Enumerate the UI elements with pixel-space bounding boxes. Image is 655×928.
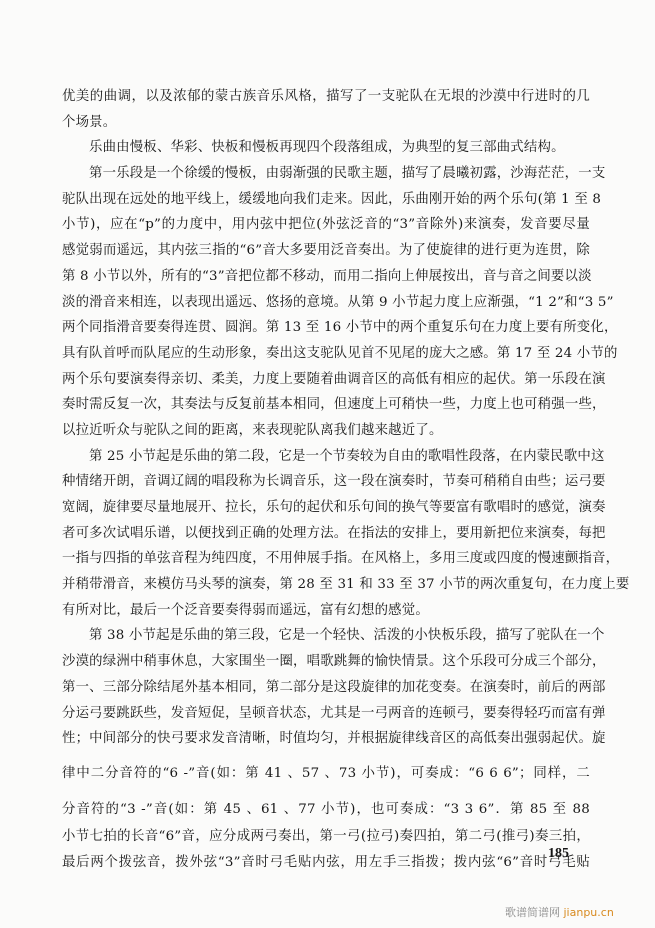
text-line: 并稍带滑音，来模仿马头琴的演奏，第 28 至 31 和 33 至 37 小节的两… (62, 572, 590, 598)
watermark: 歌谱简谱网 jianpu.cn (505, 904, 614, 920)
watermark-brand: jianpu.cn (564, 906, 614, 919)
text-line: 宽阔，旋律要尽量地展开、拉长，乐句的起伏和乐句间的换气等要富有歌唱时的感觉，演奏 (62, 495, 590, 521)
text-line: 沙漠的绿洲中稍事休息，大家围坐一圈，唱歌跳舞的愉快情景。这个乐段可分成三个部分， (62, 649, 590, 675)
text-line: 一指与四指的单弦音程为纯四度，不用伸展手指。在风格上，多用三度或四度的慢速颤指音… (62, 546, 590, 572)
text-line: 具有队首呼而队尾应的生动形象，奏出这支驼队见首不见尾的庞大之感。第 17 至 2… (62, 341, 590, 367)
text-line: 第一、三部分除结尾外基本相同，第二部分是这段旋律的加花变奏。在演奏时，前后的两部 (62, 675, 590, 701)
watermark-text: 歌谱简谱网 (505, 906, 560, 919)
text-line-with-notation: 律中二分音符的“6 -”音(如：第 41 、57 、73 小节)，可奏成：“6 … (62, 752, 590, 788)
text-line: 第 8 小节以外，所有的“3”音把位都不移动，而用二指向上伸展按出，音与音之间要… (62, 264, 590, 290)
paragraph-start: 乐曲由慢板、华彩、快板和慢板再现四个段落组成，为典型的复三部曲式结构。 (62, 135, 590, 161)
document-body: 优美的曲调，以及浓郁的蒙古族音乐风格，描写了一支驼队在无垠的沙漠中行进时的几 个… (62, 84, 590, 875)
text-line: 奏时需反复一次，其奏法与反复前基本相同，但速度上可稍快一些，力度上也可稍强一些， (62, 392, 590, 418)
paragraph-start: 第 25 小节起是乐曲的第二段，它是一个节奏较为自由的歌唱性段落，在内蒙民歌中这 (62, 444, 590, 470)
text-line: 感觉弱而遥远，其内弦三指的“6”音大多要用泛音奏出。为了使旋律的进行更为连贯，除 (62, 238, 590, 264)
text-line: 两个乐句要演奏得亲切、柔美，力度上要随着曲调音区的高低有相应的起伏。第一乐段在演 (62, 367, 590, 393)
text-line: 者可多次试唱乐谱，以便找到正确的处理方法。在指法的安排上，要用新把位来演奏，每把 (62, 521, 590, 547)
text-line: 淡的滑音来相连，以表现出遥远、悠扬的意境。从第 9 小节起力度上应渐强，“1 2… (62, 290, 590, 316)
text-line: 性；中间部分的快弓要求发音清晰，时值均匀，并根据旋律线音区的高低奏出强弱起伏。旋 (62, 726, 590, 752)
text-line-with-notation: 分音符的“3 -”音(如：第 45 、61 、77 小节)，也可奏成：“3 3 … (62, 788, 590, 824)
text-line: 以拉近听众与驼队之间的距离，来表现驼队离我们越来越近了。 (62, 418, 590, 444)
text-line: 驼队出现在远处的地平线上，缓缓地向我们走来。因此，乐曲刚开始的两个乐句(第 1 … (62, 187, 590, 213)
text-line: 小节七拍的长音“6”音，应分成两弓奏出，第一弓(拉弓)奏四拍，第二弓(推弓)奏三… (62, 824, 590, 850)
text-line: 分运弓要跳跃些，发音短促，呈顿音状态，尤其是一弓两音的连顿弓，要奏得轻巧而富有弹 (62, 701, 590, 727)
paragraph-start: 第一乐段是一个徐缓的慢板，由弱渐强的民歌主题，描写了晨曦初露，沙海茫茫，一支 (62, 161, 590, 187)
text-line: 有所对比，最后一个泛音要奏得弱而遥远，富有幻想的感觉。 (62, 598, 590, 624)
text-line: 小节)，应在“p”的力度中，用内弦中把位(外弦泛音的“3”音除外)来演奏，发音要… (62, 212, 590, 238)
text-line: 最后两个拨弦音，拨外弦“3”音时弓毛贴内弦，用左手三指拨；拨内弦“6”音时弓毛贴 (62, 850, 590, 876)
paragraph-start: 第 38 小节起是乐曲的第三段，它是一个轻快、活泼的小快板乐段，描写了驼队在一个 (62, 623, 590, 649)
page-number: 185 (548, 846, 569, 862)
text-line: 两个同指滑音要奏得连贯、圆润。第 13 至 16 小节中的两个重复乐句在力度上要… (62, 315, 590, 341)
text-line: 优美的曲调，以及浓郁的蒙古族音乐风格，描写了一支驼队在无垠的沙漠中行进时的几 (62, 84, 590, 110)
text-line: 个场景。 (62, 110, 590, 136)
text-line: 种情绪开朗，音调辽阔的唱段称为长调音乐，这一段在演奏时，节奏可稍稍自由些；运弓要 (62, 469, 590, 495)
